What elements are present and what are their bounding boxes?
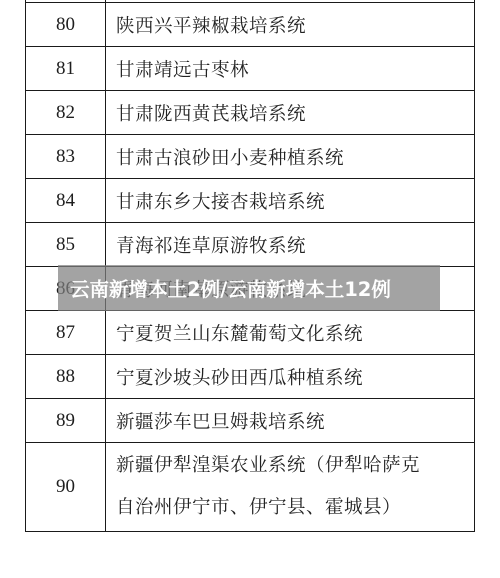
row-number: 90 — [26, 443, 106, 532]
row-number: 80 — [26, 3, 106, 47]
table-row: 82 甘肃陇西黄芪栽培系统 — [26, 91, 475, 135]
system-name: 甘肃古浪砂田小麦种植系统 — [106, 135, 475, 179]
table-row: 87 宁夏贺兰山东麓葡萄文化系统 — [26, 311, 475, 355]
headline-banner: 云南新增本土2例/云南新增本土12例 — [58, 265, 440, 311]
row-number: 81 — [26, 47, 106, 91]
table-row: 81 甘肃靖远古枣林 — [26, 47, 475, 91]
system-name: 新疆伊犁湟渠农业系统（伊犁哈萨克 自治州伊宁市、伊宁县、霍城县） — [106, 443, 475, 532]
row-number: 89 — [26, 399, 106, 443]
table-row: 85 青海祁连草原游牧系统 — [26, 223, 475, 267]
table-row: 80 陕西兴平辣椒栽培系统 — [26, 3, 475, 47]
row-number: 84 — [26, 179, 106, 223]
row-number: 88 — [26, 355, 106, 399]
table-row: 84 甘肃东乡大接杏栽培系统 — [26, 179, 475, 223]
system-name: 宁夏贺兰山东麓葡萄文化系统 — [106, 311, 475, 355]
row-number: 82 — [26, 91, 106, 135]
system-name: 陕西兴平辣椒栽培系统 — [106, 3, 475, 47]
system-name: 宁夏沙坡头砂田西瓜种植系统 — [106, 355, 475, 399]
system-name: 甘肃陇西黄芪栽培系统 — [106, 91, 475, 135]
system-name: 甘肃东乡大接杏栽培系统 — [106, 179, 475, 223]
headline-text: 云南新增本土2例/云南新增本土12例 — [70, 274, 391, 302]
table-row: 83 甘肃古浪砂田小麦种植系统 — [26, 135, 475, 179]
row-number: 85 — [26, 223, 106, 267]
row-number: 83 — [26, 135, 106, 179]
row-number: 87 — [26, 311, 106, 355]
table-row: 89 新疆莎车巴旦姆栽培系统 — [26, 399, 475, 443]
document-page: 80 陕西兴平辣椒栽培系统 81 甘肃靖远古枣林 82 甘肃陇西黄芪栽培系统 8… — [0, 0, 500, 578]
system-name: 青海祁连草原游牧系统 — [106, 223, 475, 267]
table-row: 90 新疆伊犁湟渠农业系统（伊犁哈萨克 自治州伊宁市、伊宁县、霍城县） — [26, 443, 475, 532]
system-name-line-2: 自治州伊宁市、伊宁县、霍城县） — [116, 487, 474, 529]
system-name: 甘肃靖远古枣林 — [106, 47, 475, 91]
system-name: 新疆莎车巴旦姆栽培系统 — [106, 399, 475, 443]
system-name-line-1: 新疆伊犁湟渠农业系统（伊犁哈萨克 — [116, 445, 474, 487]
table-row: 88 宁夏沙坡头砂田西瓜种植系统 — [26, 355, 475, 399]
